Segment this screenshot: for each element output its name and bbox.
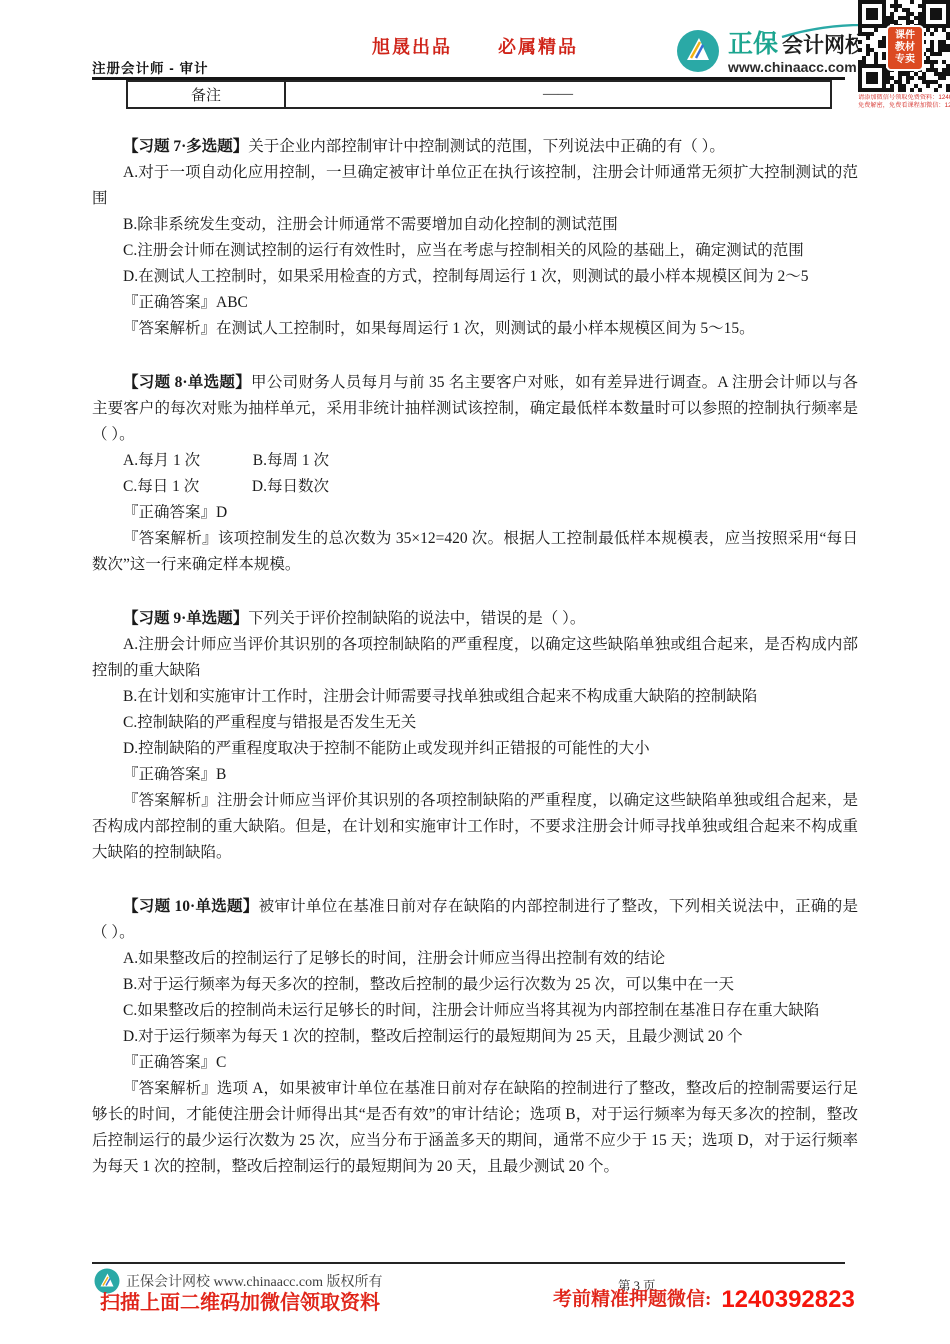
qr-caption-line2: 免费解密，免费看课程加微信：1240392823 xyxy=(858,102,950,110)
remark-table: 备注 —— xyxy=(126,80,832,109)
footer-note-wechat: 考前精准押题微信:1240392823 xyxy=(553,1284,855,1314)
brand-logo-icon xyxy=(676,29,720,73)
analysis-line: 『答案解析』该项控制发生的总次数为 35×12=420 次。根据人工控制最低样本… xyxy=(92,526,858,578)
wechat-number: 1240392823 xyxy=(721,1286,854,1313)
question-option: B.除非系统发生变动，注册会计师通常不需要增加自动化控制的测试范围 xyxy=(92,212,858,238)
question-stem: 【习题 7·多选题】关于企业内部控制审计中控制测试的范围，下列说法中正确的有（ … xyxy=(92,134,858,160)
question-block: 【习题 8·单选题】甲公司财务人员每月与前 35 名主要客户对账，如有差异进行调… xyxy=(92,370,858,578)
question-option: D.控制缺陷的严重程度取决于控制不能防止或发现并纠正错报的可能性的大小 xyxy=(92,736,858,762)
question-option: A.每月 1 次B.每周 1 次 xyxy=(92,448,858,474)
question-stem: 【习题 8·单选题】甲公司财务人员每月与前 35 名主要客户对账，如有差异进行调… xyxy=(92,370,858,448)
brand-name-primary: 正保 xyxy=(728,30,778,58)
answer-line: 『正确答案』C xyxy=(92,1050,858,1076)
qr-caption: 请添加微信号领取免费资料：1240392823 免费解密，免费看课程加微信：12… xyxy=(858,94,950,110)
wechat-label: 考前精准押题微信: xyxy=(553,1289,711,1310)
question-block: 【习题 10·单选题】被审计单位在基准日前对存在缺陷的内部控制进行了整改，下列相… xyxy=(92,894,858,1180)
brand-url: www.chinaacc.com xyxy=(728,60,866,75)
question-option: C.每日 1 次D.每日数次 xyxy=(92,474,858,500)
qr-badge-row: 课件 xyxy=(895,30,915,42)
question-title: 【习题 8·单选题】 xyxy=(123,374,251,391)
brand-text: 正保会计网校 www.chinaacc.com xyxy=(728,26,866,75)
qr-center-badge: 课件教材专卖 xyxy=(886,25,924,71)
question-option: B.在计划和实施审计工作时，注册会计师需要寻找单独或组合起来不构成重大缺陷的控制… xyxy=(92,684,858,710)
answer-line: 『正确答案』ABC xyxy=(92,290,858,316)
course-title: 注册会计师 - 审计 xyxy=(92,57,209,77)
question-option: C.如果整改后的控制尚未运行足够长的时间，注册会计师应当将其视为内部控制在基准日… xyxy=(92,998,858,1024)
table-row: 备注 —— xyxy=(127,81,831,108)
question-option: A.如果整改后的控制运行了足够长的时间，注册会计师应当得出控制有效的结论 xyxy=(92,946,858,972)
question-stem: 【习题 10·单选题】被审计单位在基准日前对存在缺陷的内部控制进行了整改，下列相… xyxy=(92,894,858,946)
question-title: 【习题 7·多选题】 xyxy=(123,138,248,155)
slogan-left: 旭晟出品 xyxy=(372,37,452,57)
question-title: 【习题 10·单选题】 xyxy=(123,898,259,915)
brand-logo: 正保会计网校 www.chinaacc.com xyxy=(676,26,866,75)
question-option: D.在测试人工控制时，如果采用检查的方式，控制每周运行 1 次，则测试的最小样本… xyxy=(92,264,858,290)
question-stem: 【习题 9·单选题】下列关于评价控制缺陷的说法中，错误的是（ ）。 xyxy=(92,606,858,632)
remark-value-cell: —— xyxy=(285,81,831,108)
analysis-line: 『答案解析』注册会计师应当评价其识别的各项控制缺陷的严重程度，以确定这些缺陷单独… xyxy=(92,788,858,866)
question-title: 【习题 9·单选题】 xyxy=(123,610,248,627)
qr-badge-row: 专卖 xyxy=(895,54,915,66)
question-option: A.注册会计师应当评价其识别的各项控制缺陷的严重程度，以确定这些缺陷单独或组合起… xyxy=(92,632,858,684)
question-option: A.对于一项自动化应用控制，一旦确定被审计单位正在执行该控制，注册会计师通常无须… xyxy=(92,160,858,212)
option-column: C.每日 1 次 xyxy=(123,478,199,495)
option-column: B.每周 1 次 xyxy=(253,452,329,469)
question-option: C.控制缺陷的严重程度与错报是否发生无关 xyxy=(92,710,858,736)
question-list: 【习题 7·多选题】关于企业内部控制审计中控制测试的范围，下列说法中正确的有（ … xyxy=(92,134,858,1208)
answer-line: 『正确答案』D xyxy=(92,500,858,526)
question-block: 【习题 9·单选题】下列关于评价控制缺陷的说法中，错误的是（ ）。A.注册会计师… xyxy=(92,606,858,866)
footer-note-scan: 扫描上面二维码加微信领取资料 xyxy=(100,1286,380,1315)
option-column: D.每日数次 xyxy=(252,478,329,495)
question-option: B.对于运行频率为每天多次的控制，整改后控制的最少运行次数为 25 次，可以集中… xyxy=(92,972,858,998)
qr-caption-line1: 请添加微信号领取免费资料：1240392823 xyxy=(858,94,950,102)
question-block: 【习题 7·多选题】关于企业内部控制审计中控制测试的范围，下列说法中正确的有（ … xyxy=(92,134,858,342)
document-page: 旭晟出品必属精品 正保会计网校 www.chinaacc.com 课件教材专卖 … xyxy=(0,0,950,1344)
qr-badge-row: 教材 xyxy=(895,42,915,54)
qr-code: 课件教材专卖 请添加微信号领取免费资料：1240392823 免费解密，免费看课… xyxy=(858,0,950,110)
footer-rule xyxy=(92,1262,845,1264)
question-option: C.注册会计师在测试控制的运行有效性时，应当在考虑与控制相关的风险的基础上，确定… xyxy=(92,238,858,264)
option-column: A.每月 1 次 xyxy=(123,452,200,469)
slogan-right: 必属精品 xyxy=(498,37,578,57)
answer-line: 『正确答案』B xyxy=(92,762,858,788)
remark-label-cell: 备注 xyxy=(127,81,285,108)
analysis-line: 『答案解析』选项 A，如果被审计单位在基准日前对存在缺陷的控制进行了整改，整改后… xyxy=(92,1076,858,1180)
analysis-line: 『答案解析』在测试人工控制时，如果每周运行 1 次，则测试的最小样本规模区间为 … xyxy=(92,316,858,342)
question-option: D.对于运行频率为每天 1 次的控制，整改后控制运行的最短期间为 25 天，且最… xyxy=(92,1024,858,1050)
